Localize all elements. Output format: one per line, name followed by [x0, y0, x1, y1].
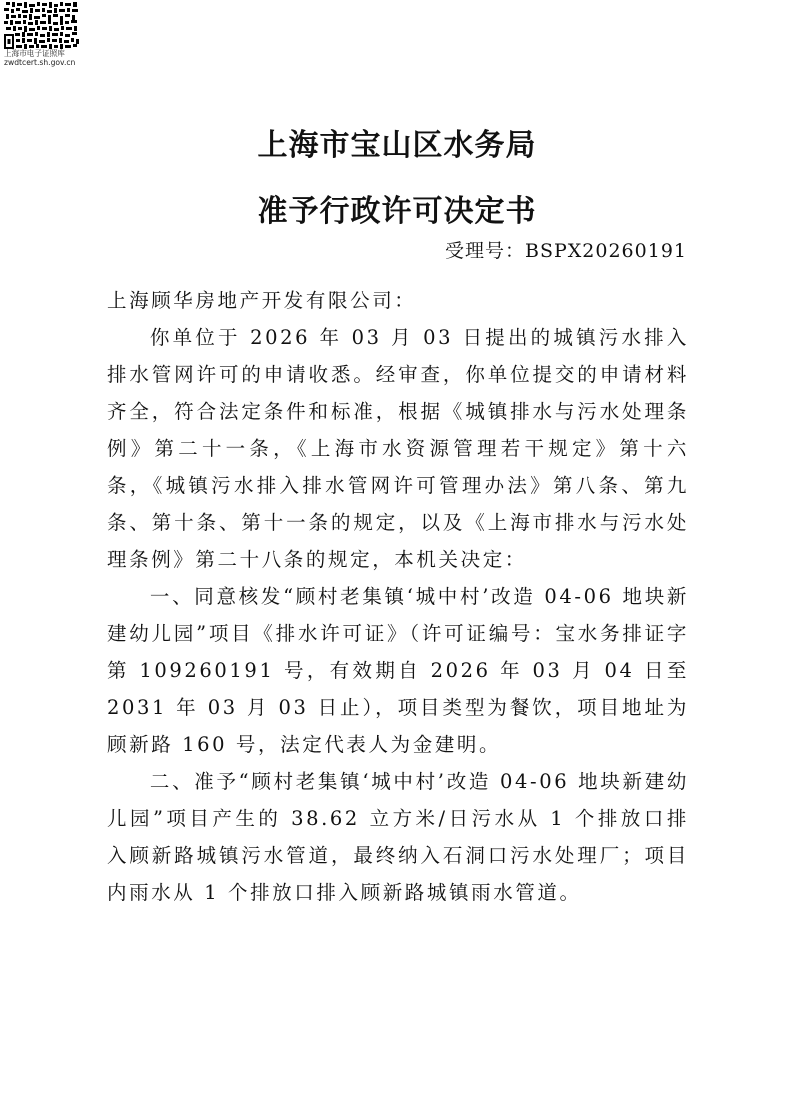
- paragraph-intro: 你单位于 2026 年 03 月 03 日提出的城镇污水排入排水管网许可的申请收…: [107, 319, 689, 578]
- paragraph-decision-1: 一、同意核发“顾村老集镇‘城中村’改造 04-06 地块新建幼儿园”项目《排水许…: [107, 578, 689, 763]
- qr-code-block: 上海市电子证照库 zwdtcert.sh.gov.cn: [4, 2, 84, 67]
- qr-caption-url: zwdtcert.sh.gov.cn: [4, 58, 80, 67]
- document-body: 上海顾华房地产开发有限公司： 你单位于 2026 年 03 月 03 日提出的城…: [107, 282, 689, 911]
- qr-caption-title: 上海市电子证照库: [4, 49, 80, 58]
- paragraph-decision-2: 二、准予“顾村老集镇‘城中村’改造 04-06 地块新建幼儿园”项目产生的 38…: [107, 763, 689, 911]
- reference-value: BSPX20260191: [525, 240, 687, 262]
- reference-label: 受理号：: [445, 240, 525, 262]
- agency-title: 上海市宝山区水务局: [0, 120, 794, 164]
- reference-number: 受理号：BSPX20260191: [445, 236, 687, 263]
- qr-code-icon: [4, 2, 80, 49]
- addressee: 上海顾华房地产开发有限公司：: [107, 282, 689, 319]
- document-title: 准予行政许可决定书: [0, 186, 794, 230]
